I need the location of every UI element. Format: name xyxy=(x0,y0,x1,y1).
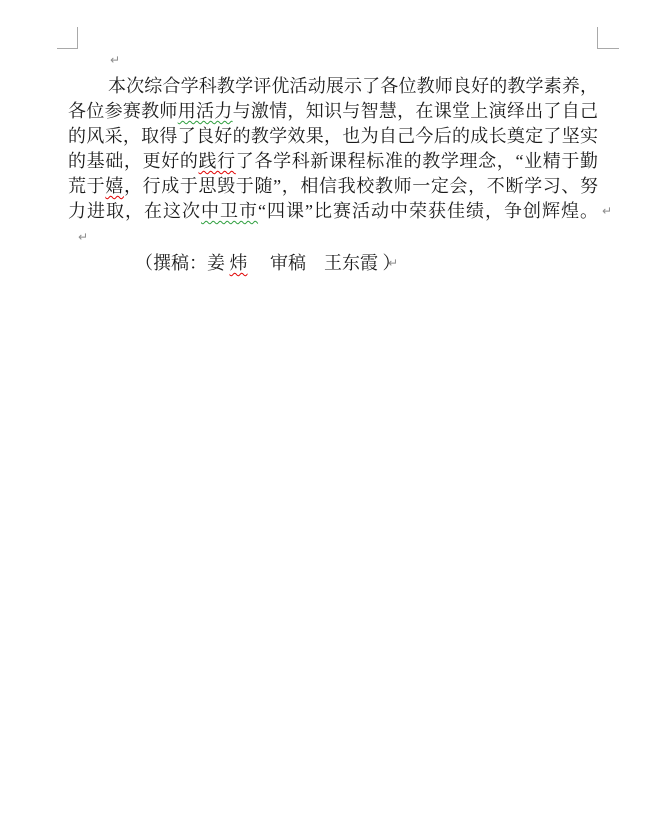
paragraph-line: 各位参赛教师用活力与激情，知识与智慧，在课堂上演绎出了自己 xyxy=(68,99,598,124)
text-run: 本次综合学科教学评优活动展示了各位教师良好的教学素养， xyxy=(108,76,598,96)
text-run: 的基础，更好的 xyxy=(68,151,199,171)
grammar-error-underline: 用活力 xyxy=(178,101,233,121)
document-page: ↵ 本次综合学科教学评优活动展示了各位教师良好的教学素养，各位参赛教师用活力与激… xyxy=(0,0,655,824)
paragraph-mark-icon: ↵ xyxy=(602,205,612,217)
text-run: 力进取，在这次 xyxy=(68,201,201,221)
paragraph-line: 荒于嬉，行成于思毁于随”，相信我校教师一定会，不断学习、努 xyxy=(68,174,598,199)
grammar-error-underline: 中卫市 xyxy=(201,201,258,221)
spelling-error-underline: 炜 xyxy=(230,253,248,273)
paragraph-mark-icon: ↵ xyxy=(110,54,120,66)
paragraph-mark-icon: ↵ xyxy=(78,231,88,243)
spelling-error-underline: 践行 xyxy=(199,151,236,171)
spelling-error-underline: 嬉 xyxy=(105,176,124,196)
text-run: 审稿 王东霞 ） xyxy=(248,253,401,273)
text-run: （撰稿：姜 xyxy=(135,253,230,273)
text-boundary-mark-top-right xyxy=(597,27,619,49)
text-run: 荒于 xyxy=(68,176,105,196)
text-run: 的风采，取得了良好的教学效果，也为自己今后的成长奠定了坚实 xyxy=(68,126,598,146)
paragraph-line: 的基础，更好的践行了各学科新课程标准的教学理念，“业精于勤 xyxy=(68,149,598,174)
text-run: 各位参赛教师 xyxy=(68,101,178,121)
text-run: 与激情，知识与智慧，在课堂上演绎出了自己 xyxy=(233,101,598,121)
paragraph-line: 力进取，在这次中卫市“四课”比赛活动中荣获佳绩，争创辉煌。 xyxy=(68,199,598,224)
text-run: 了各学科新课程标准的教学理念，“业精于勤 xyxy=(236,151,598,171)
body-paragraph: 本次综合学科教学评优活动展示了各位教师良好的教学素养，各位参赛教师用活力与激情，… xyxy=(68,74,598,224)
paragraph-line: 的风采，取得了良好的教学效果，也为自己今后的成长奠定了坚实 xyxy=(68,124,598,149)
text-boundary-mark-top-left xyxy=(57,27,78,49)
text-run: ，行成于思毁于随”，相信我校教师一定会，不断学习、努 xyxy=(124,176,598,196)
text-run: “四课”比赛活动中荣获佳绩，争创辉煌。 xyxy=(258,201,598,221)
paragraph-mark-icon: ↵ xyxy=(388,257,398,269)
signature-line: （撰稿：姜 炜 审稿 王东霞 ） xyxy=(135,251,401,276)
paragraph-line: 本次综合学科教学评优活动展示了各位教师良好的教学素养， xyxy=(68,74,598,99)
